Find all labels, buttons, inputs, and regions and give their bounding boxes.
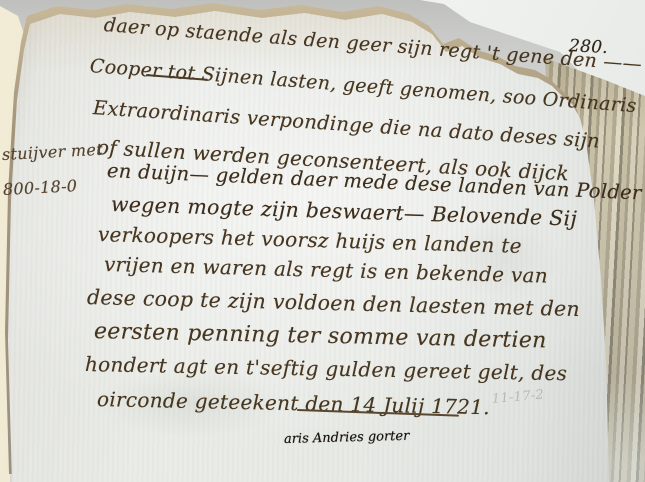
manuscript-photo: 280. daer op staende als den geer sijn r… [0, 0, 645, 482]
margin-note: 800-18-0 [3, 176, 78, 199]
